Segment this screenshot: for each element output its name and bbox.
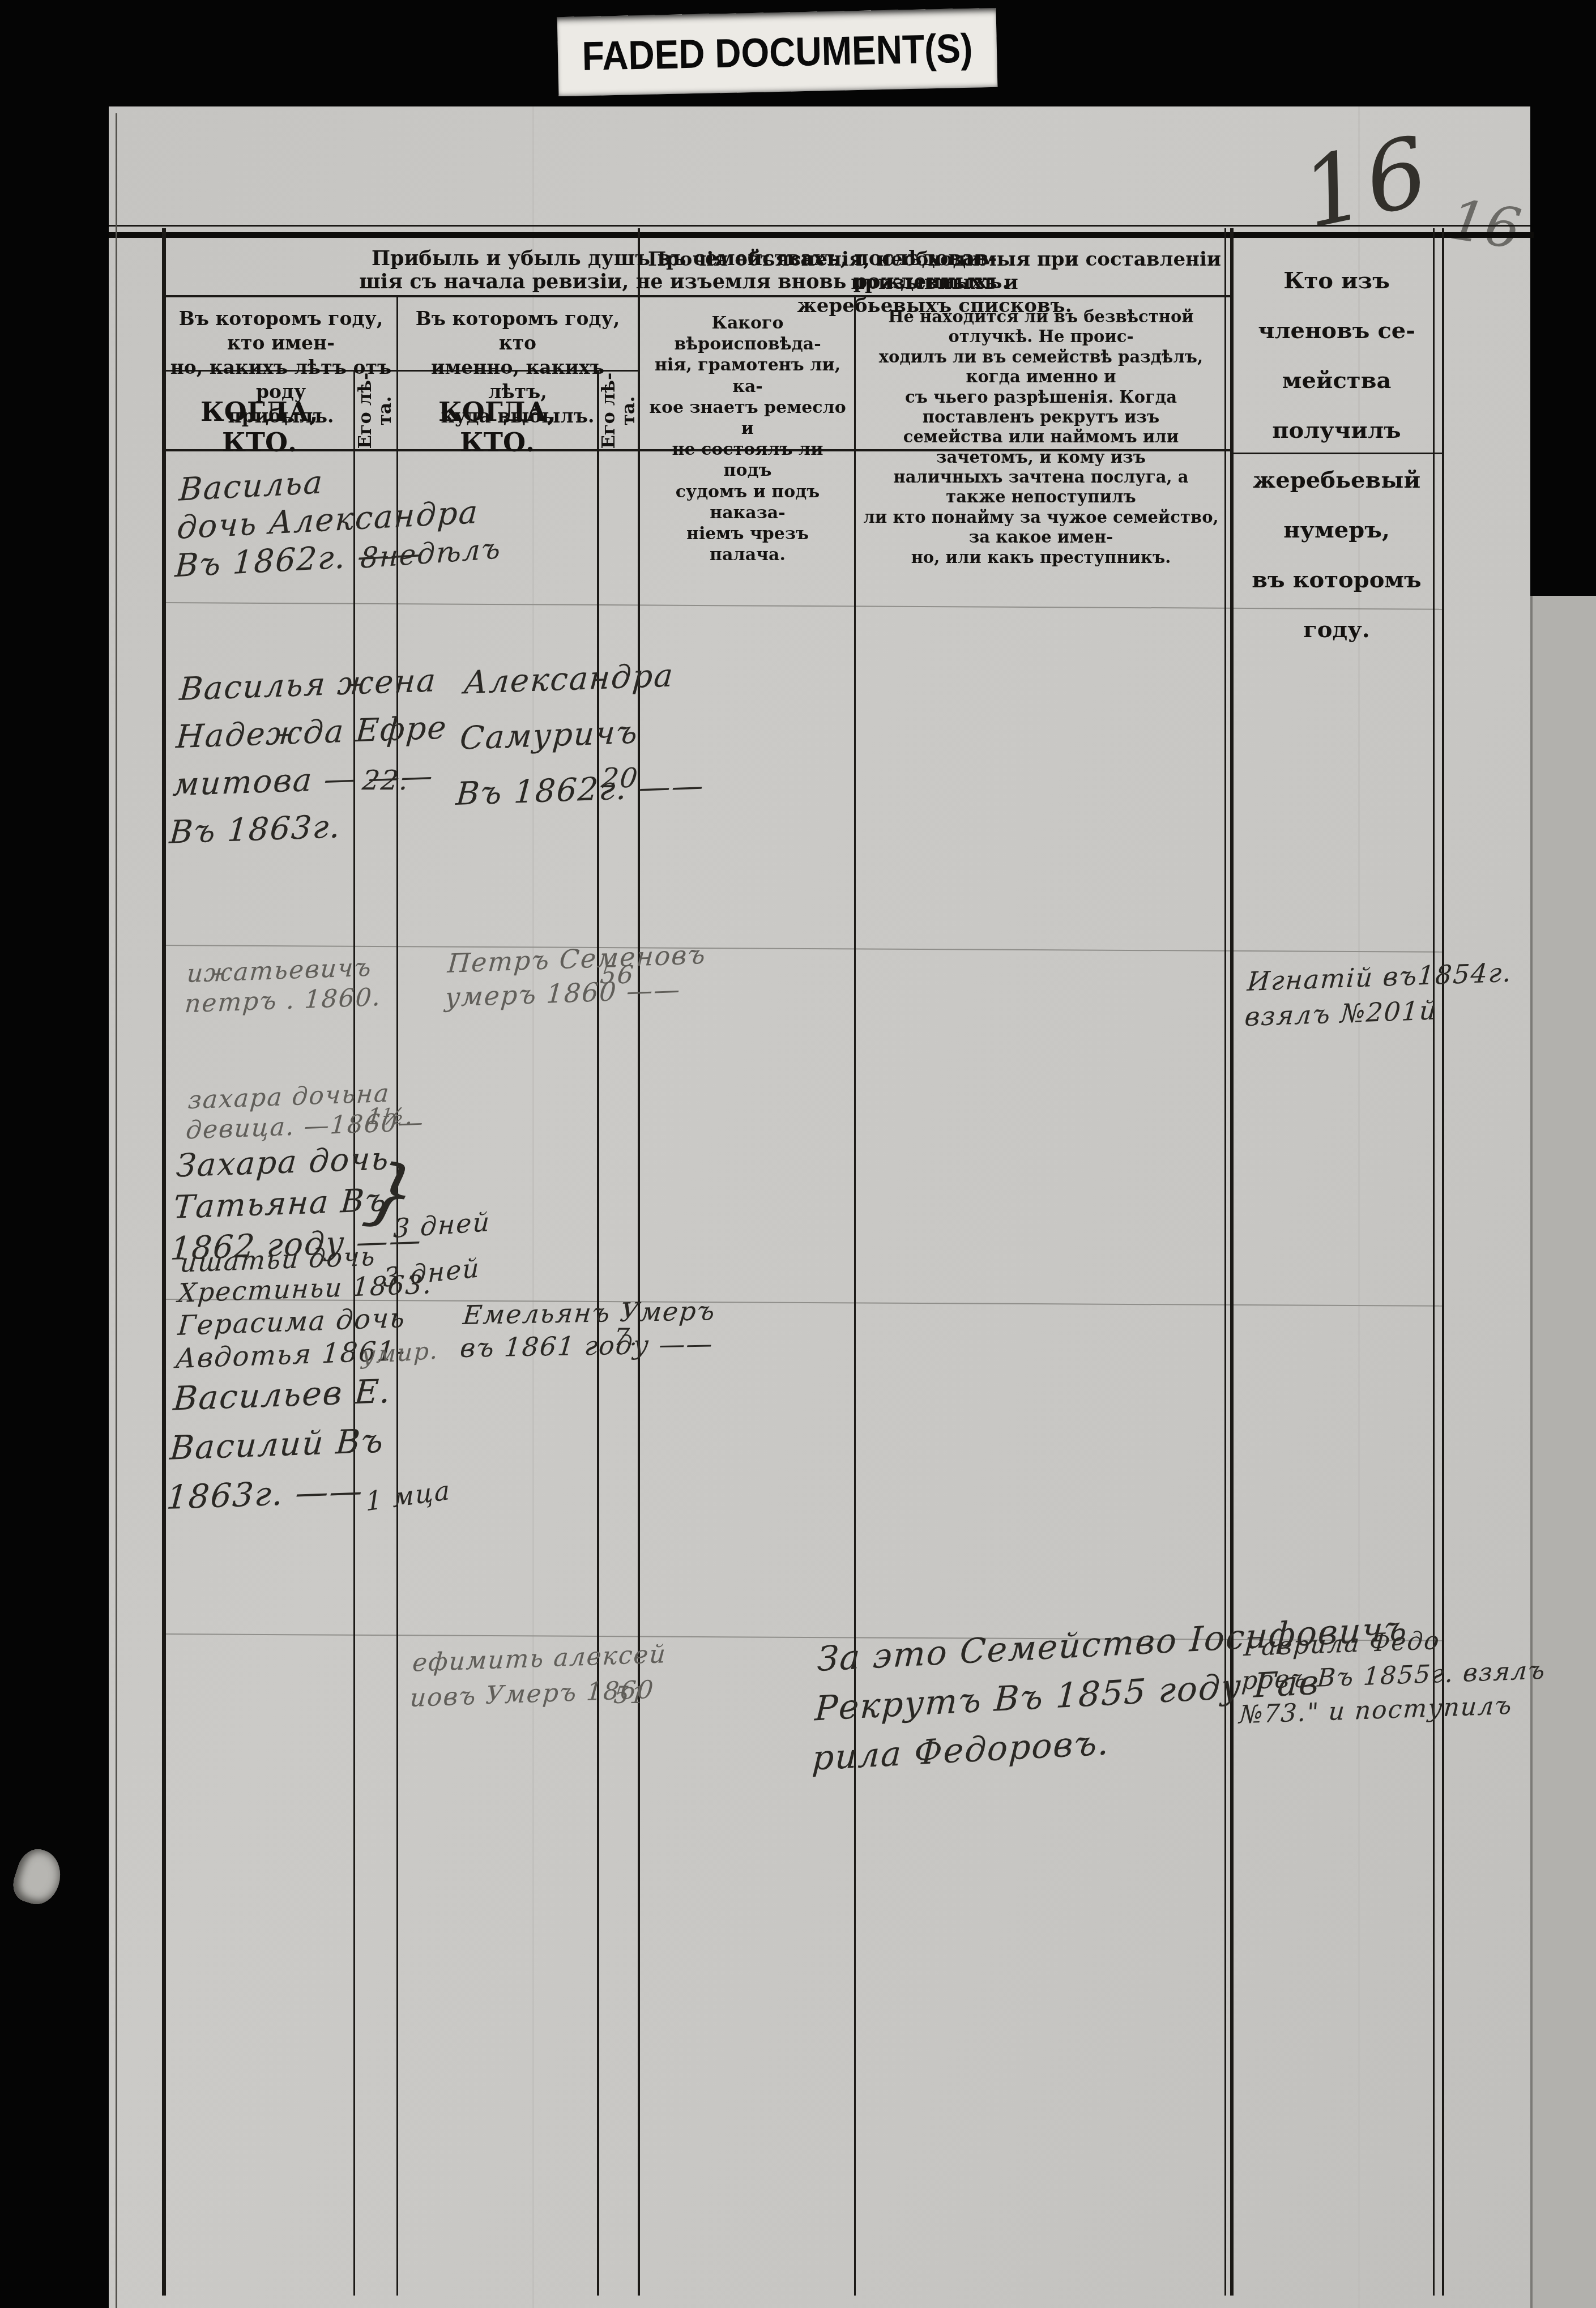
handwritten-row3-age: 56 — [599, 962, 635, 989]
header-lottery: Кто изъ членовъ се- мейства получилъ жер… — [1237, 256, 1436, 655]
handwritten-row3-lottery: Игнатій въ1854г. взялъ №201й — [1244, 955, 1513, 1035]
table-top-rule-thin — [109, 225, 1530, 227]
header-faith: Какого вѣроисповѣда- нія, грамотенъ ли, … — [646, 313, 850, 565]
header-his-age-1: Его лѣ- та. — [355, 371, 395, 450]
adjacent-page-edge — [1530, 596, 1596, 2308]
banner-label: FADED DOCUMENT(S) — [582, 24, 973, 79]
paper-scrap — [8, 1844, 67, 1909]
handwritten-row2-age-departed: 20 — [600, 763, 640, 793]
handwritten-row5-umer-pencil: умир. — [361, 1337, 439, 1369]
handwritten-row2-arrived: Василья жена Надежда Ефре митова — —— Въ… — [168, 656, 452, 857]
handwritten-row6-age: 51 — [613, 1682, 648, 1708]
header-when-who-2: КОГДА, КТО. — [401, 396, 594, 458]
header-his-age-2: Его лѣ- та. — [599, 371, 638, 450]
section-divider-middle-right-a — [1224, 228, 1226, 2296]
handwritten-row5-age: 7. — [613, 1324, 641, 1350]
table-right-border-b — [1442, 228, 1444, 2296]
header-when-who-1: КОГДА, КТО. — [168, 396, 351, 458]
section-divider-left-middle — [638, 228, 640, 2296]
handwritten-row2-age-arrived: 22. — [361, 766, 411, 796]
handwritten-row4-age-2: 3 дней — [392, 1208, 491, 1243]
handwritten-row3-arrived: ижатьевичъ петръ . 1860. — [184, 953, 385, 1019]
faded-document-banner: FADED DOCUMENT(S) — [557, 8, 998, 96]
handwritten-row4-age-1: 1½. — [366, 1104, 416, 1129]
table-left-border — [162, 228, 166, 2296]
table-top-rule-thick — [109, 232, 1534, 238]
handwritten-row5-vasiliy: Васильев Е. Василий Въ 1863г. —— — [165, 1367, 393, 1522]
header-absence: Не находится ли въ безвѣстной отлучкѣ. Н… — [861, 307, 1221, 568]
handwritten-row6-lottery: Гаврила Федо ровъ Въ 1855г. взялъ №73." … — [1238, 1620, 1550, 1731]
section-divider-middle-right-b — [1230, 228, 1234, 2296]
handwritten-row5-departed: Емельянъ Умеръ въ 1861 году —— — [459, 1295, 718, 1364]
handwritten-row2-departed: Александра Самуричъ Въ 1862г. —— — [454, 647, 714, 822]
page-fold-edge-line — [116, 113, 117, 2308]
document-scan: FADED DOCUMENT(S) 16 16 Прибыль и убыль … — [0, 0, 1596, 2308]
handwritten-row3-departed: Петръ Семеновъ умеръ 1860 —— — [444, 938, 707, 1015]
col-divider-faith-absence — [854, 295, 856, 2296]
